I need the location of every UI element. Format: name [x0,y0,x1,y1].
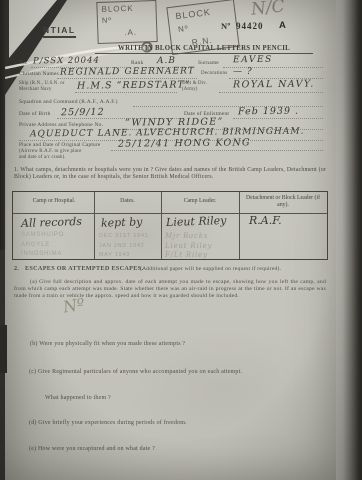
camps-table: Camp or Hospital. Dates. Camp Leader. De… [12,191,328,260]
unit-div-label: Unit & Div. (Army) [182,81,216,92]
column-separator [239,192,240,259]
confidential-fragment: NTIAL [43,25,76,38]
ink-entry-dates: kept by [101,215,143,229]
question-2c-followup: What happened to them ? [45,395,111,401]
col-header-leader: Camp Leader. [162,198,238,205]
capture-sub2: and date of a/c crash). [19,155,66,161]
question-1: 1. What camps, detachments or hospitals … [14,167,326,181]
stain [125,330,325,450]
surname-label: Surname [198,60,219,66]
christian-names-value: REGINALD GEERNAERT [60,66,195,77]
pencil-entry: MAY 1943 [99,252,130,258]
section2-number: 2. [14,265,19,272]
address-label: Private Address and Telephone No. [19,122,103,128]
capture-value: 25/12/41 HONG KONG [118,137,251,149]
capture-sub1: (Aircrew R.A.F. to give place [19,149,82,155]
stamp-title: BLOCK [175,7,211,21]
rank-label: Rank [131,60,143,66]
pencil-instruction: WRITE IN BLOCK CAPITAL LETTERS IN PENCIL [95,45,313,54]
pencil-entry: SAMSHUIPO [21,232,64,238]
pencil-entry: ARGYLE [21,242,50,248]
decorations-label: Decorations [201,71,227,76]
decorations-value: — ? [233,67,253,77]
pencil-note-nc: N/C [250,0,286,20]
page-stack-edge [332,0,362,480]
register-number: 94420 [236,21,264,31]
ink-entry-leader: Lieut Riley [166,214,227,229]
no-label: No. [19,60,28,66]
ink-entry-detachment: R.A.F. [249,214,282,227]
col-header-detachment: Detachment or Block Leader (if any). [243,195,323,208]
date-of-birth-label: Date of Birth [19,111,51,117]
unit-div-value: ROYAL NAVY. [233,79,315,91]
rank-value: A.B [157,56,176,66]
question-2c: (c) Give Regimental particulars of anyon… [29,369,242,375]
pencil-answer-no: Nº [62,294,86,316]
questionnaire-page: NTIAL BLOCK Nº .A. BLOCK Nº R.N. Nº 9442… [5,0,336,480]
question-2e: (e) How were you recaptured and on what … [29,446,155,452]
scanned-document-photo: NTIAL BLOCK Nº .A. BLOCK Nº R.N. Nº 9442… [0,0,362,480]
block-number-stamp-a: BLOCK Nº .A. [96,0,157,44]
pencil-entry: F/Lt Riley [165,251,208,259]
pencil-entry: JAN 2ND 1942 [99,243,145,249]
pencil-entry: DEC 31ST 1941 [99,233,149,239]
no-value: P/SSX 20044 [33,56,100,67]
section2-heading: ESCAPES OR ATTEMPTED ESCAPES. [25,265,143,272]
ship-value: H.M.S “REDSTART” [77,79,191,91]
ink-entry-camp: All records [21,215,82,230]
register-suffix: A [279,20,286,31]
enlistment-value: Feb 1939 . [238,106,299,118]
col-header-dates: Dates. [95,198,160,205]
stamp-no: Nº [102,16,112,25]
register-number-label: Nº [221,21,230,31]
col-header-camp: Camp or Hospital. [15,198,93,205]
stamp-title: BLOCK [101,4,133,14]
stamp-no: Nº [178,24,190,34]
question-2b: (b) Were you physically fit when you mad… [30,341,185,347]
ship-label: Ship (R.N., U.S.N. or Merchant Navy [19,81,75,92]
section2-note: (Additional paper will be supplied on re… [140,266,281,272]
question-2d: (d) Give briefly your experiences during… [29,420,187,426]
surname-value: EAVES [233,55,273,65]
pencil-entry: Mjr Backs [165,232,208,240]
capture-label: Place and Date of Original Capture [19,142,100,148]
squadron-label: Squadron and Command (R.A.F., A.A.F.) [19,99,118,105]
pencil-entry: INNOSHIMA [21,251,62,257]
pencil-entry: Lieut Riley [165,242,212,250]
christian-names-label: Christian Names [19,71,59,77]
stamp-letter: .A. [124,28,137,37]
